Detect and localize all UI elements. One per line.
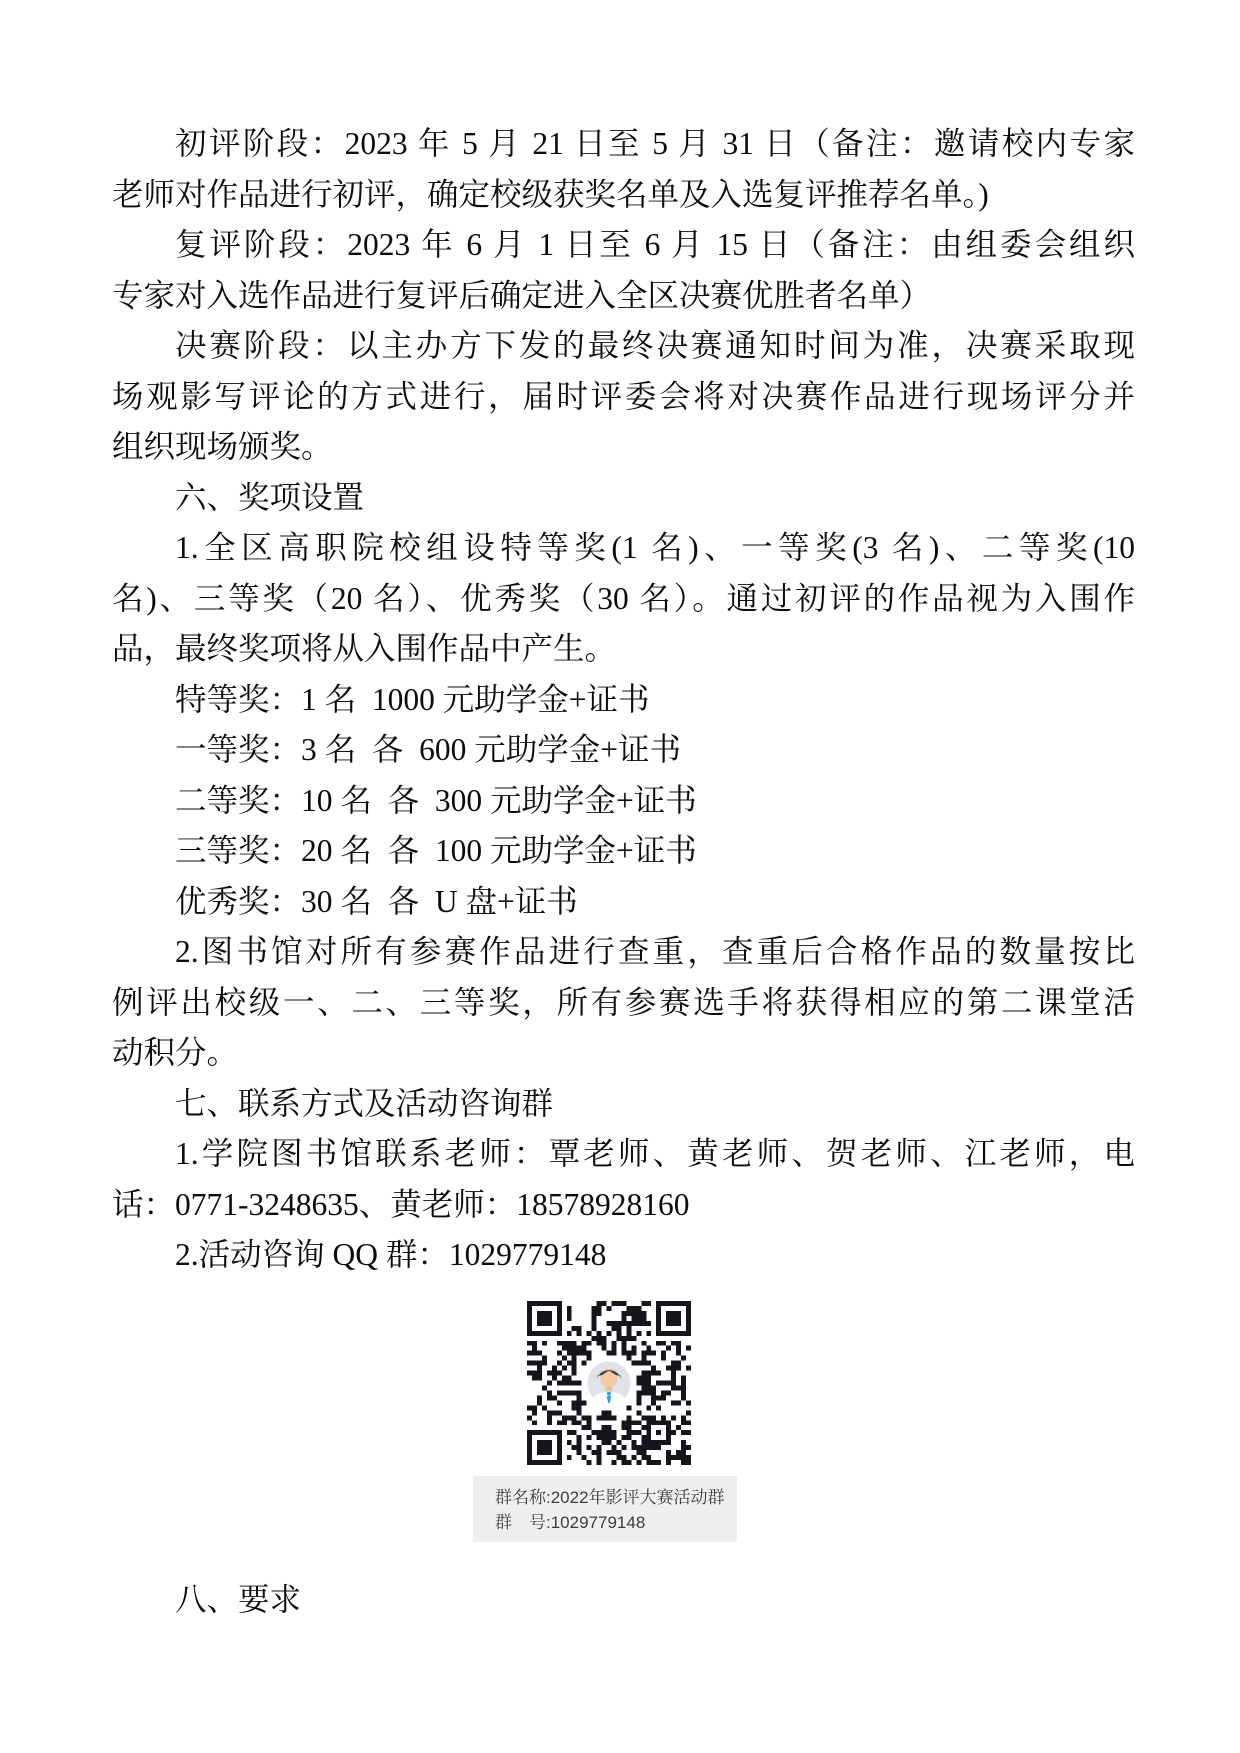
qq-group-qr-block: 群名称:2022年影评大赛活动群 群 号:1029779148 — [473, 1301, 737, 1542]
text-line: 名)、三等奖（20 名）、优秀奖（30 名）。通过初评的作品视为入围作 — [112, 574, 1135, 625]
text-line: 例评出校级一、二、三等奖，所有参赛选手将获得相应的第二课堂活 — [112, 978, 1135, 1029]
text-line: 品，最终奖项将从入围作品中产生。 — [112, 624, 1135, 675]
text-line: 2.活动咨询 QQ 群：1029779148 — [112, 1230, 1135, 1281]
text-line: 2.图书馆对所有参赛作品进行查重，查重后合格作品的数量按比 — [112, 927, 1135, 978]
text-line: 初评阶段：2023 年 5 月 21 日至 5 月 31 日（备注：邀请校内专家 — [112, 119, 1135, 170]
text-line: 场观影写评论的方式进行，届时评委会将对决赛作品进行现场评分并 — [112, 372, 1135, 423]
qq-group-avatar-icon — [581, 1355, 637, 1411]
text-line: 老师对作品进行初评，确定校级获奖名单及入选复评推荐名单。) — [112, 170, 1135, 221]
text-line: 三等奖：20 名 各 100 元助学金+证书 — [112, 826, 1135, 877]
text-line: 决赛阶段：以主办方下发的最终决赛通知时间为准，决赛采取现 — [112, 321, 1135, 372]
closing-heading: 八、要求 — [112, 1575, 1135, 1626]
text-line: 动积分。 — [112, 1028, 1135, 1079]
text-line: 1.全区高职院校组设特等奖(1 名)、一等奖(3 名)、二等奖(10 — [112, 523, 1135, 574]
text-line: 特等奖：1 名 1000 元助学金+证书 — [112, 675, 1135, 726]
text-line: 组织现场颁奖。 — [112, 422, 1135, 473]
document-body: 初评阶段：2023 年 5 月 21 日至 5 月 31 日（备注：邀请校内专家… — [112, 119, 1135, 1625]
text-line: 优秀奖：30 名 各 U 盘+证书 — [112, 877, 1135, 928]
text-line: 专家对入选作品进行复评后确定进入全区决赛优胜者名单） — [112, 271, 1135, 322]
qr-caption-box: 群名称:2022年影评大赛活动群 群 号:1029779148 — [473, 1476, 737, 1542]
text-line: 1.学院图书馆联系老师：覃老师、黄老师、贺老师、江老师，电 — [112, 1129, 1135, 1180]
text-line: 话：0771-3248635、黄老师：18578928160 — [112, 1180, 1135, 1231]
text-line: 六、奖项设置 — [112, 473, 1135, 524]
qr-caption-group-number: 群 号:1029779148 — [495, 1510, 737, 1535]
body-text: 初评阶段：2023 年 5 月 21 日至 5 月 31 日（备注：邀请校内专家… — [112, 119, 1135, 1281]
text-line: 七、联系方式及活动咨询群 — [112, 1079, 1135, 1130]
text-line: 一等奖：3 名 各 600 元助学金+证书 — [112, 725, 1135, 776]
text-line: 二等奖：10 名 各 300 元助学金+证书 — [112, 776, 1135, 827]
qr-caption-group-name: 群名称:2022年影评大赛活动群 — [495, 1485, 737, 1510]
text-line: 复评阶段：2023 年 6 月 1 日至 6 月 15 日（备注：由组委会组织 — [112, 220, 1135, 271]
qr-code-image — [527, 1301, 691, 1465]
